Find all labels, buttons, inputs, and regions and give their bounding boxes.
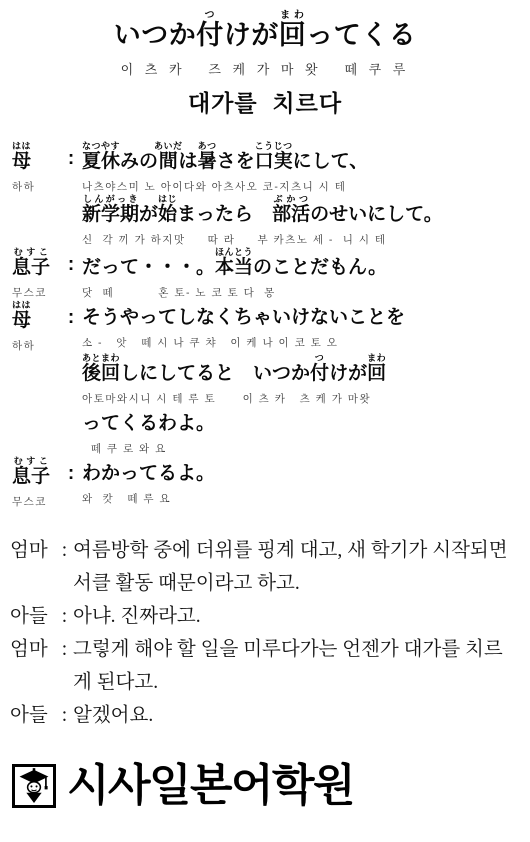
japanese-title: いつか付つけが回まわってくる — [10, 10, 520, 59]
translation-text: 아냐. 진짜라고. — [73, 600, 520, 633]
speaker-name: 息子むすこ — [12, 456, 60, 495]
speaker-name: 息子むすこ — [12, 247, 60, 286]
logo-footer: 시사일본어학원 — [12, 764, 354, 808]
translation-row: 아들 : 아냐. 진짜라고. — [10, 600, 520, 633]
dialogue-colon: : — [60, 141, 82, 177]
translation-row: 엄마 : 그렇게 해야 할 일을 미루다가는 언젠가 대가를 치르게 된다고. — [10, 633, 520, 699]
title-block: いつか付つけが回まわってくる 이 츠 카 즈 케 가 마 왓 떼 쿠 루 대가를… — [10, 10, 520, 118]
speaker-pronunciation: 무스코 — [12, 495, 60, 509]
japanese-line: 夏休なつやすみの間あいだは暑あつさを口実こうじつにして、 — [82, 141, 520, 180]
japanese-line: 後回あとまわしにしてると いつか付つけが回まわ — [82, 353, 520, 392]
translation-colon: : — [56, 600, 73, 633]
translation-section: 엄마 : 여름방학 중에 더위를 핑계 대고, 새 학기가 시작되면 서클 활동… — [10, 534, 520, 732]
translation-speaker: 엄마 — [10, 633, 56, 699]
korean-pronunciation: 와 캇 떼 루 요 — [82, 492, 520, 506]
dialogue-row: 母はは 하하 : そうやってしなくちゃいけないことを 소 - 앗 떼 시 나 쿠… — [10, 300, 520, 353]
translation-colon: : — [56, 534, 73, 600]
speaker-pronunciation — [12, 406, 60, 420]
sisa-logo-icon — [12, 764, 56, 808]
translation-speaker: 엄마 — [10, 534, 56, 600]
korean-pronunciation: 나츠야스미 노 아이다와 아츠사오 코-지츠니 시 테 — [82, 180, 520, 194]
translation-text: 그렇게 해야 할 일을 미루다가는 언젠가 대가를 치르게 된다고. — [73, 633, 520, 699]
dialogue-row: 母はは 하하 : 夏休なつやすみの間あいだは暑あつさを口実こうじつにして、 나츠… — [10, 141, 520, 194]
speaker-name: 母はは — [12, 141, 60, 180]
dialogue-row: ってくるわよ。 떼 쿠 로 와 요 — [10, 406, 520, 456]
translation-row: 아들 : 알겠어요. — [10, 699, 520, 732]
japanese-line: 新学期しんがっきが始はじまったら 部活ぶかつのせいにして。 — [82, 194, 520, 233]
korean-pronunciation: 소 - 앗 떼 시 나 쿠 챠 이 케 나 이 코 토 오 — [82, 336, 520, 350]
speaker-name: 母はは — [12, 300, 60, 339]
speaker-pronunciation — [12, 353, 60, 367]
dialogue-colon: : — [60, 456, 82, 492]
korean-pronunciation: 떼 쿠 로 와 요 — [82, 442, 520, 456]
dialogue-row: 息子むすこ 무스코 : だって・・・。本当ほんとうのことだもん。 닷 떼 혼 토… — [10, 247, 520, 300]
korean-pronunciation: 아토마와시니 시 테 루 토 이 츠 카 츠 케 가 마왓 — [82, 392, 520, 406]
translation-text: 여름방학 중에 더위를 핑계 대고, 새 학기가 시작되면 서클 활동 때문이라… — [73, 534, 520, 600]
japanese-line: わかってるよ。 — [82, 456, 520, 492]
logo-text: 시사일본어학원 — [67, 764, 354, 808]
translation-text: 알겠어요. — [73, 699, 520, 732]
korean-pronunciation: 신 각 끼 가 하지맛 따 라 부 카츠노 세 - 니 시 테 — [82, 233, 520, 247]
dialogue-section: 母はは 하하 : 夏休なつやすみの間あいだは暑あつさを口実こうじつにして、 나츠… — [10, 141, 520, 509]
translation-speaker: 아들 — [10, 600, 56, 633]
dialogue-row: 後回あとまわしにしてると いつか付つけが回まわ 아토마와시니 시 테 루 토 이… — [10, 353, 520, 406]
japanese-line: ってくるわよ。 — [82, 406, 520, 442]
japanese-line: だって・・・。本当ほんとうのことだもん。 — [82, 247, 520, 286]
translation-colon: : — [56, 633, 73, 699]
speaker-pronunciation: 무스코 — [12, 286, 60, 300]
translation-colon: : — [56, 699, 73, 732]
dialogue-row: 新学期しんがっきが始はじまったら 部活ぶかつのせいにして。 신 각 끼 가 하지… — [10, 194, 520, 247]
speaker-pronunciation: 하하 — [12, 180, 60, 194]
worksheet-page: いつか付つけが回まわってくる 이 츠 카 즈 케 가 마 왓 떼 쿠 루 대가를… — [0, 0, 530, 842]
korean-pronunciation: 닷 떼 혼 토- 노 코 토 다 몽 — [82, 286, 520, 300]
title-pronunciation: 이 츠 카 즈 케 가 마 왓 떼 쿠 루 — [10, 61, 520, 78]
translation-speaker: 아들 — [10, 699, 56, 732]
translation-row: 엄마 : 여름방학 중에 더위를 핑계 대고, 새 학기가 시작되면 서클 활동… — [10, 534, 520, 600]
title-meaning: 대가를 치르다 — [10, 85, 520, 118]
dialogue-colon: : — [60, 300, 82, 336]
dialogue-colon: : — [60, 247, 82, 283]
speaker-pronunciation: 하하 — [12, 339, 60, 353]
dialogue-row: 息子むすこ 무스코 : わかってるよ。 와 캇 떼 루 요 — [10, 456, 520, 509]
japanese-line: そうやってしなくちゃいけないことを — [82, 300, 520, 336]
speaker-pronunciation — [12, 194, 60, 208]
